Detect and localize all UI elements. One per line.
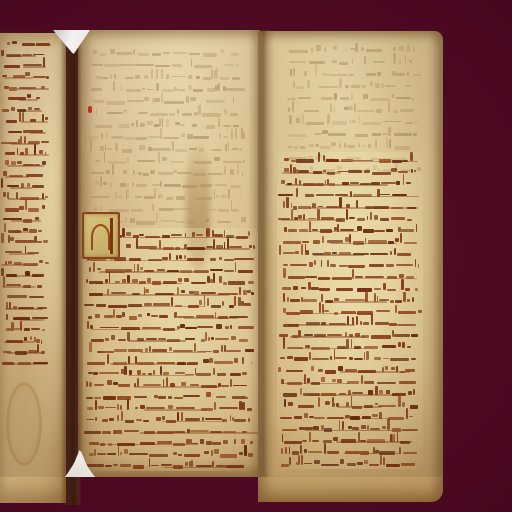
manuscript-photo [0, 30, 444, 477]
fold-seam [60, 31, 82, 505]
red-ink-fleck [88, 106, 92, 113]
illumination-ornament [82, 212, 120, 259]
script-block-right-dense [277, 152, 423, 469]
photo-backdrop [0, 0, 512, 512]
ring-stain [6, 382, 42, 466]
script-block-middle-faded [88, 45, 248, 227]
script-block-middle-dense [83, 228, 258, 471]
script-block-left [0, 36, 52, 368]
